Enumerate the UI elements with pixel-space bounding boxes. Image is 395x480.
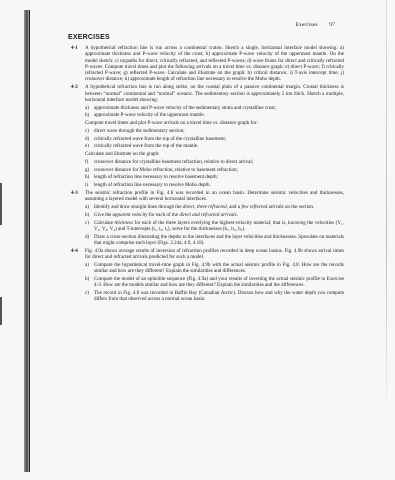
exercise-number: 4-4 <box>71 248 78 254</box>
exercise-4-3: 4-3 The seismic refraction profile in Fi… <box>85 190 344 246</box>
exercise-item: c) The record in Fig. 4.8 was recorded i… <box>85 290 344 303</box>
exercise-item: d) Draw a cross-section illustrating the… <box>85 234 344 247</box>
item-label: i) <box>85 182 88 188</box>
item-text: direct wave through the sedimentary sect… <box>94 128 185 134</box>
item-label: e) <box>85 143 89 149</box>
running-head: Exercises 97 <box>295 22 335 28</box>
exercise-intro: The seismic refraction profile in Fig. 4… <box>85 190 344 203</box>
item-label: c) <box>85 220 89 226</box>
exercise-intro: A hypothetical refraction line is run al… <box>85 84 344 103</box>
item-label: c) <box>85 128 89 134</box>
item-text-post: . <box>237 212 238 218</box>
item-text: critically refracted wave from the top o… <box>94 136 226 142</box>
item-text-mid: for each of the <box>148 212 180 218</box>
item-text-mid: and <box>228 204 238 210</box>
exercise-item: h) length of refraction line necessary t… <box>85 174 344 180</box>
page-edge-mark <box>0 297 2 325</box>
item-label: f) <box>85 159 88 165</box>
exercise-item: g) crossover distance for Moho refractio… <box>85 167 344 173</box>
item-text: The record in Fig. 4.8 was recorded in B… <box>94 290 344 302</box>
item-text-emphasis: a few reflected <box>238 204 268 210</box>
item-text: critically refracted wave from the top o… <box>94 143 198 149</box>
book-binding-line <box>29 10 30 472</box>
exercise-intro: Fig. 4.9a shows average results of inver… <box>85 248 344 261</box>
item-label: a) <box>85 262 89 268</box>
item-label: a) <box>85 204 89 210</box>
page-right-edge <box>386 0 387 400</box>
item-text-emphasis: thickness <box>115 220 134 226</box>
exercise-item: b) Give the apparent velocity for each o… <box>85 212 344 218</box>
exercise-item: b) Compare the model of an ophiolite seq… <box>85 276 344 289</box>
section-title: EXERCISES <box>68 34 110 41</box>
item-label: c) <box>85 290 89 296</box>
exercise-text: A hypothetical refraction line is run ac… <box>85 45 344 82</box>
exercise-item: d) critically refracted wave from the to… <box>85 136 344 142</box>
exercise-number: 4-1 <box>71 45 78 51</box>
item-text: Compare the model of an ophiolite sequen… <box>94 276 344 288</box>
exercise-4-4: 4-4 Fig. 4.9a shows average results of i… <box>85 248 344 303</box>
item-text: approximate P-wave velocity of the upper… <box>94 112 205 118</box>
exercise-item: c) Calculate thickness for each of the t… <box>85 220 344 233</box>
exercise-paragraph: Compute travel times and plot P-wave arr… <box>85 120 344 126</box>
exercise-paragraph: Calculate and illustrate on the graph: <box>85 151 344 157</box>
exercise-number: 4-3 <box>71 190 78 196</box>
item-text: length of refraction line necessary to r… <box>94 174 218 180</box>
item-text-emphasis: apparent velocity <box>113 212 148 218</box>
item-text-emphasis: direct and refracted arrivals <box>179 212 236 218</box>
exercise-item: e) critically refracted wave from the to… <box>85 143 344 149</box>
item-text: Draw a cross-section illustrating the de… <box>94 234 344 246</box>
item-text-pre: Calculate <box>94 220 115 226</box>
page-edge-mark <box>0 183 2 225</box>
page-number: 97 <box>329 22 335 28</box>
exercise-item: c) direct wave through the sedimentary s… <box>85 128 344 134</box>
item-text: crossover distance for Moho refraction, … <box>94 167 238 173</box>
exercise-number: 4-2 <box>71 84 78 90</box>
item-text: approximate thickness and P-wave velocit… <box>94 105 276 111</box>
item-text-emphasis: direct, three refracted, <box>183 204 228 210</box>
running-head-title: Exercises <box>295 22 317 28</box>
exercise-item: b) approximate P-wave velocity of the up… <box>85 112 344 118</box>
item-label: d) <box>85 234 89 240</box>
item-label: a) <box>85 105 89 111</box>
exercise-item: i) length of refraction line necessary t… <box>85 182 344 188</box>
item-text-post: arrivals on the section. <box>267 204 314 210</box>
exercise-4-2: 4-2 A hypothetical refraction line is ru… <box>85 84 344 188</box>
item-label: b) <box>85 212 89 218</box>
exercise-item: a) Identify and draw straight lines thro… <box>85 204 344 210</box>
item-text: crossover distance for crystalline basem… <box>94 159 253 165</box>
item-text-pre: Give the <box>94 212 113 218</box>
item-text: length of refraction line necessary to r… <box>94 182 211 188</box>
exercise-item: a) Compare the hypothetical travel-time … <box>85 262 344 275</box>
item-text: Compare the hypothetical travel-time gra… <box>94 262 344 274</box>
item-label: h) <box>85 174 89 180</box>
item-label: d) <box>85 136 89 142</box>
item-label: b) <box>85 276 89 282</box>
exercises-body: 4-1 A hypothetical refraction line is ru… <box>85 45 344 304</box>
item-text-pre: Identify and draw straight lines through… <box>94 204 183 210</box>
exercise-4-1: 4-1 A hypothetical refraction line is ru… <box>85 45 344 83</box>
item-label: g) <box>85 167 89 173</box>
exercise-item: f) crossover distance for crystalline ba… <box>85 159 344 165</box>
item-label: b) <box>85 112 89 118</box>
exercise-item: a) approximate thickness and P-wave velo… <box>85 105 344 111</box>
